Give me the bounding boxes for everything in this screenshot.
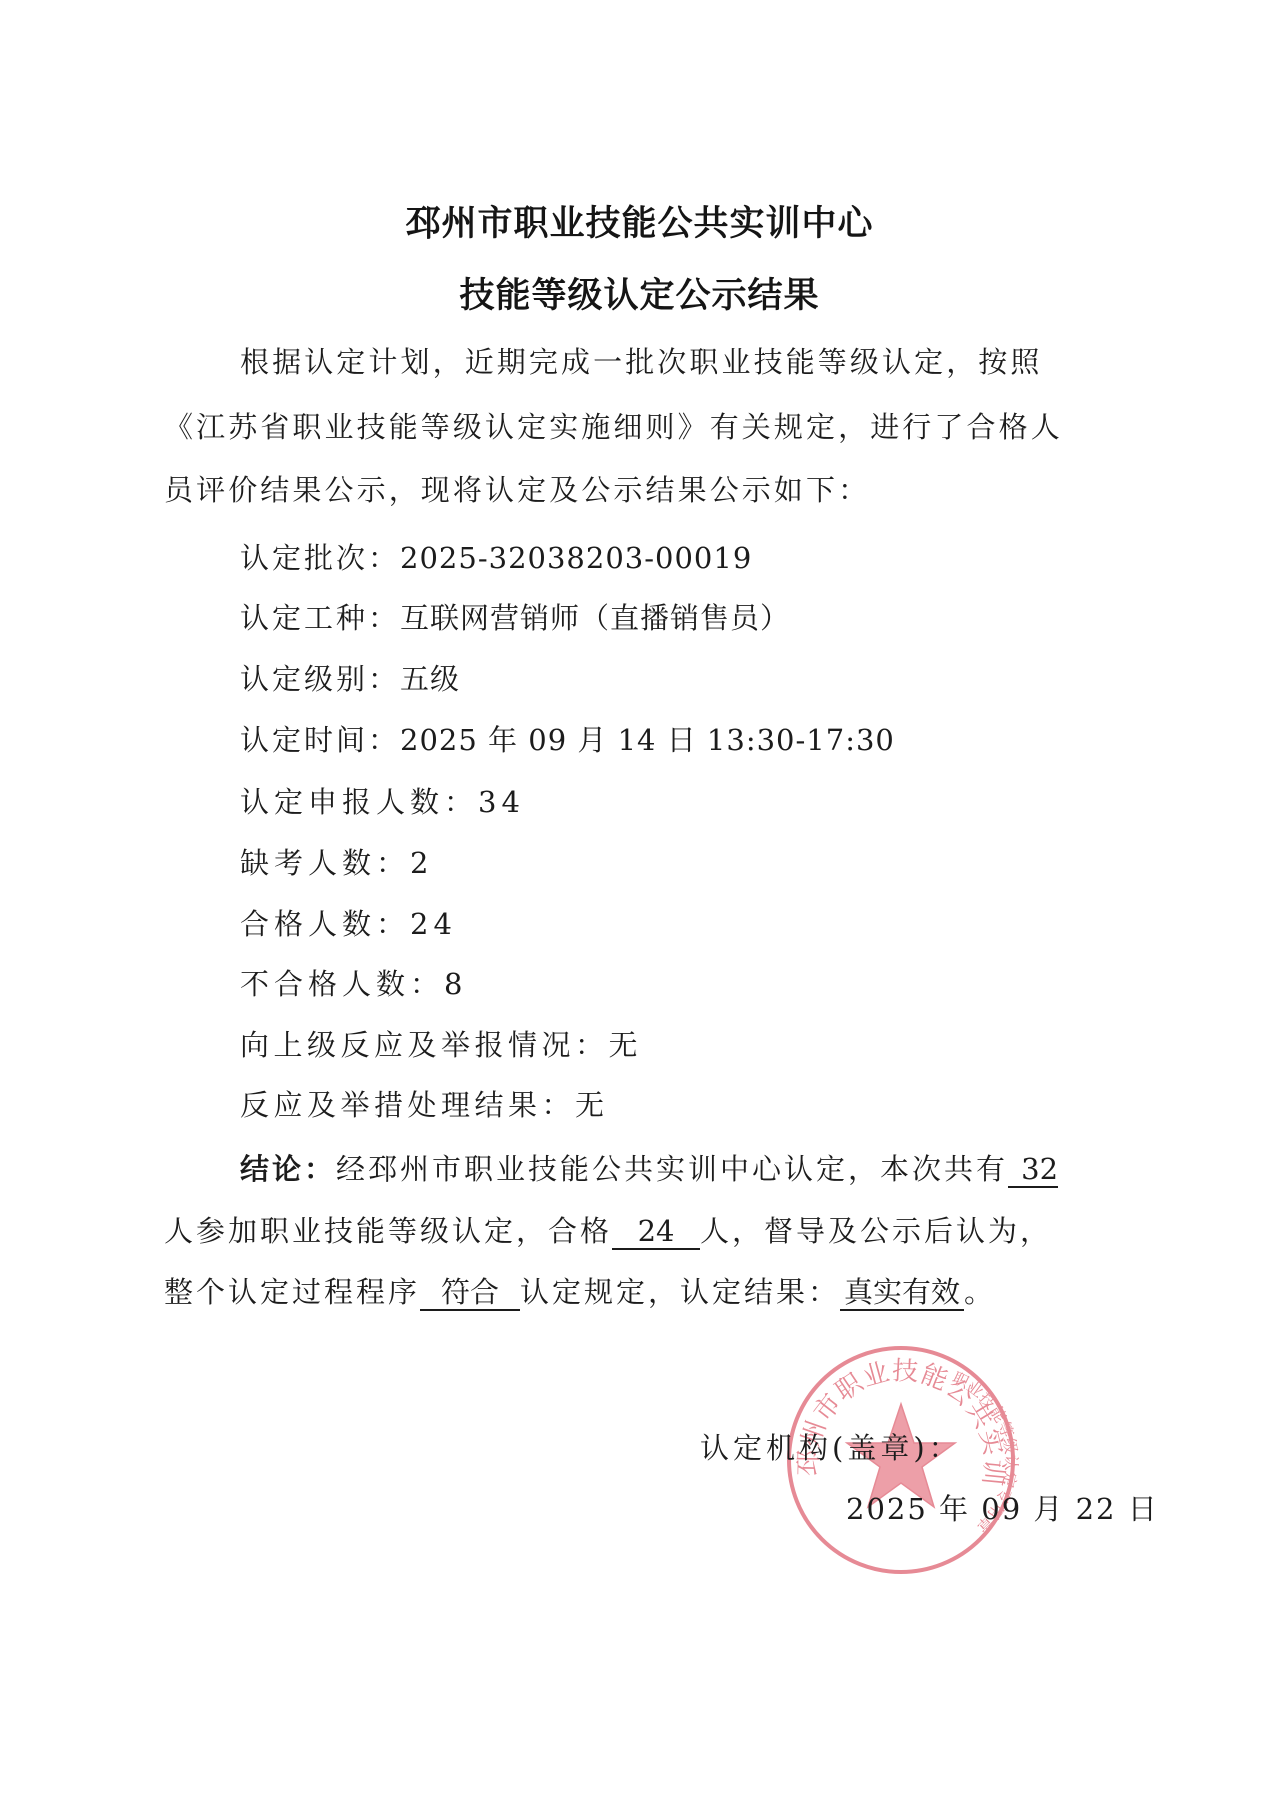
conclusion-text: 人参加职业技能等级认定，合格: [164, 1214, 612, 1248]
field-value: 34: [478, 785, 525, 819]
field-time: 认定时间：2025 年 09 月 14 日 13:30-17:30: [240, 720, 895, 760]
document-title-line2: 技能等级认定公示结果: [0, 268, 1279, 318]
field-label: 向上级反应及举报情况：: [240, 1028, 609, 1062]
conclusion-label: 结论：: [240, 1152, 336, 1186]
conclusion-line1: 结论：经邳州市职业技能公共实训中心认定，本次共有32: [240, 1149, 1058, 1189]
field-value: 无: [609, 1028, 643, 1062]
field-value: 2025 年 09 月 14 日 13:30-17:30: [400, 723, 895, 757]
field-value: 五级: [400, 662, 460, 696]
field-label: 认定批次：: [240, 541, 400, 575]
participants-count: 32: [1008, 1152, 1058, 1188]
conclusion-text: 人，督导及公示后认为，: [700, 1214, 1052, 1248]
result-value: 真实有效: [840, 1275, 964, 1311]
conclusion-line2: 人参加职业技能等级认定，合格24人，督导及公示后认为，: [164, 1211, 1052, 1251]
conclusion-end: 。: [964, 1275, 996, 1309]
passed-count: 24: [612, 1214, 700, 1250]
field-label: 认定申报人数：: [240, 785, 478, 819]
field-batch: 认定批次：2025-32038203-00019: [240, 538, 752, 578]
signature-date: 2025 年 09 月 22 日: [846, 1487, 1159, 1528]
conclusion-text: 整个认定过程程序: [164, 1275, 420, 1309]
field-value: 2025-32038203-00019: [400, 541, 752, 575]
field-value: 互联网营销师（直播销售员）: [400, 601, 790, 635]
field-label: 认定工种：: [240, 601, 400, 635]
field-label: 合格人数：: [240, 907, 410, 941]
intro-paragraph-line2: 《江苏省职业技能等级认定实施细则》有关规定，进行了合格人: [164, 407, 1063, 447]
field-label: 认定时间：: [240, 723, 400, 757]
field-label: 缺考人数：: [240, 846, 410, 880]
field-occupation: 认定工种：互联网营销师（直播销售员）: [240, 598, 790, 638]
field-level: 认定级别：五级: [240, 659, 460, 699]
compliance-value: 符合: [420, 1275, 520, 1311]
conclusion-text: 经邳州市职业技能公共实训中心认定，本次共有: [336, 1152, 1008, 1186]
field-value: 24: [410, 907, 457, 941]
field-label: 反应及举措处理结果：: [240, 1088, 575, 1122]
field-absent: 缺考人数：2: [240, 843, 433, 883]
intro-paragraph-line1: 根据认定计划，近期完成一批次职业技能等级认定，按照: [240, 342, 1043, 382]
field-passed: 合格人数：24: [240, 904, 457, 944]
field-value: 无: [575, 1088, 609, 1122]
field-value: 8: [444, 967, 467, 1001]
field-label: 不合格人数：: [240, 967, 444, 1001]
field-value: 2: [410, 846, 433, 880]
field-applicants: 认定申报人数：34: [240, 782, 525, 822]
field-reports: 向上级反应及举报情况：无: [240, 1025, 642, 1065]
signature-label: 认定机构(盖章)：: [700, 1426, 962, 1467]
field-failed: 不合格人数：8: [240, 964, 467, 1004]
intro-paragraph-line3: 员评价结果公示，现将认定及公示结果公示如下：: [164, 470, 870, 510]
conclusion-line3: 整个认定过程程序符合认定规定，认定结果：真实有效。: [164, 1272, 996, 1312]
conclusion-text: 认定规定，认定结果：: [520, 1275, 840, 1309]
document-title-line1: 邳州市职业技能公共实训中心: [0, 196, 1279, 246]
document-page: 邳州市职业技能公共实训中心 技能等级认定公示结果 根据认定计划，近期完成一批次职…: [0, 0, 1279, 1810]
field-label: 认定级别：: [240, 662, 400, 696]
field-report-handling: 反应及举措处理结果：无: [240, 1085, 609, 1125]
